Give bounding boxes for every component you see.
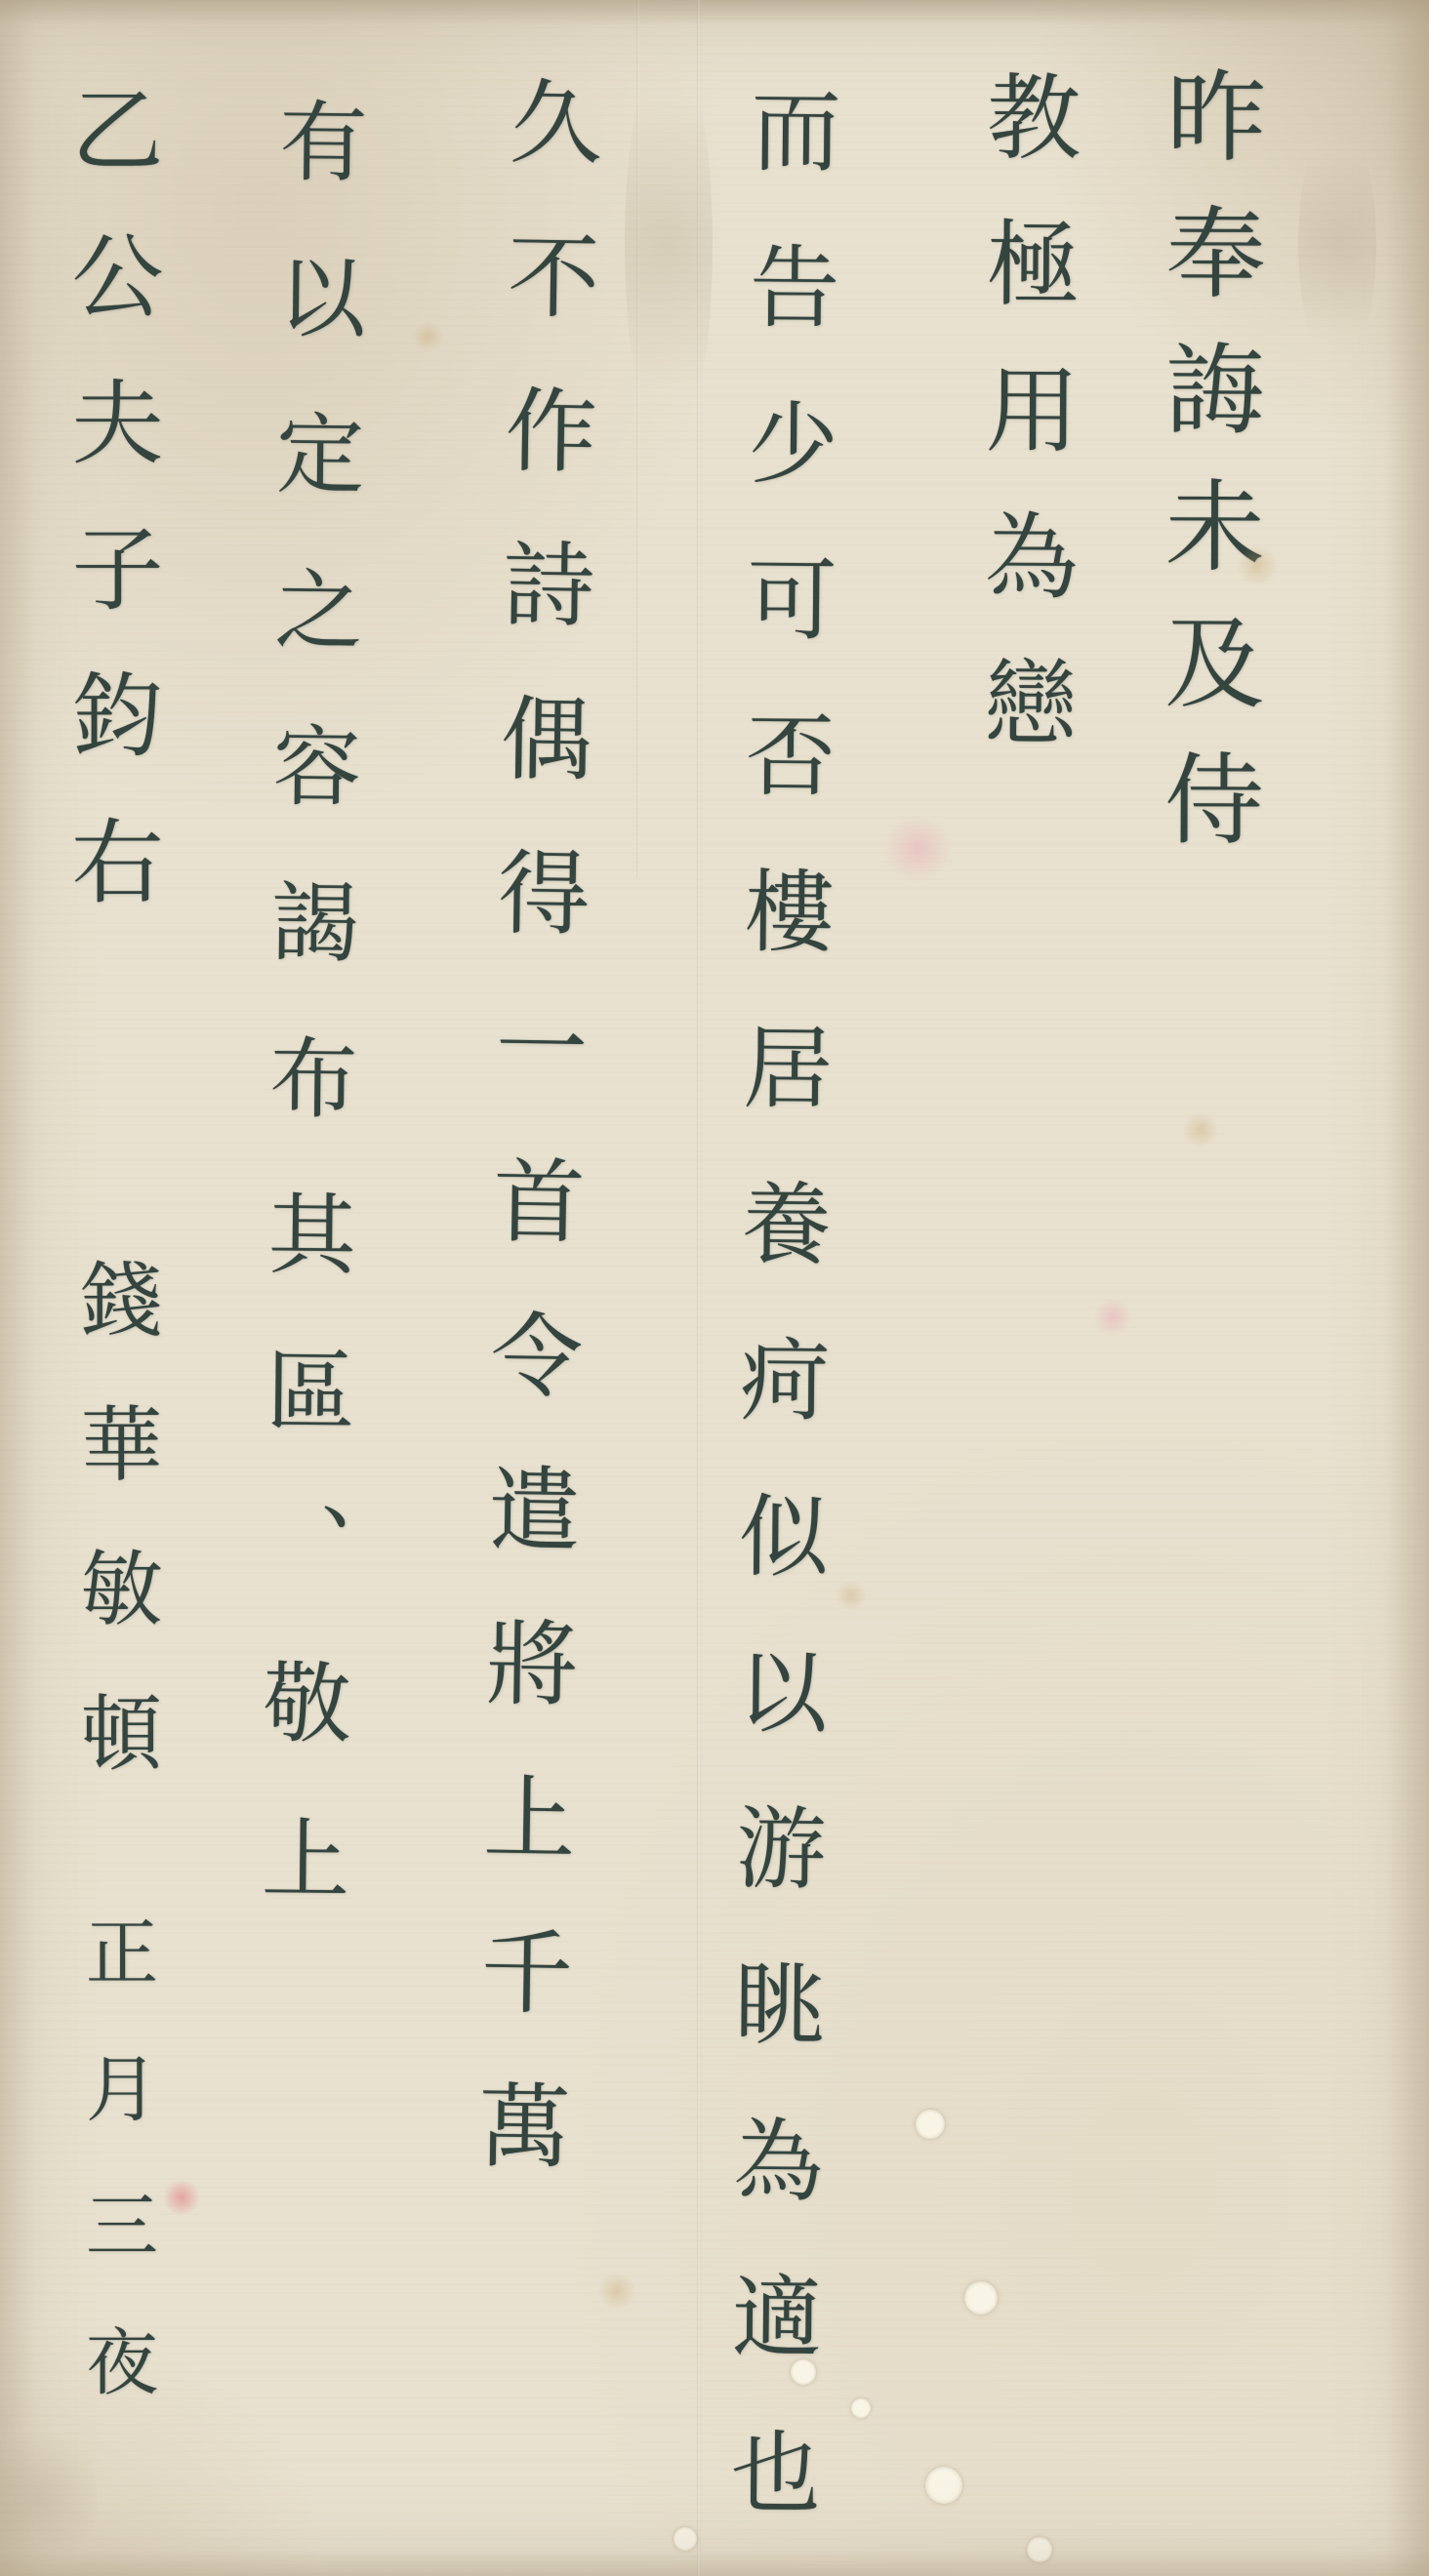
text-column-2: 教極用為戀 — [957, 68, 1094, 801]
letter-scan: 昨奉誨未及侍 教極用為戀 而告少可否樓居養疴似以游眺為適也 久不作詩偶得一首令遣… — [0, 0, 1429, 2576]
fold-crease — [697, 0, 701, 2576]
text-column-5: 有以定之容謁布其區、敬上 — [232, 95, 379, 1969]
text-column-1: 昨奉誨未及侍 — [1134, 64, 1280, 885]
date-column: 正月三夜 — [64, 1914, 168, 2461]
fold-crease-upper — [636, 0, 639, 878]
text-column-3: 而告少可否樓居養疴似以游眺為適也 — [703, 83, 853, 2576]
signature-column: 錢華敏頓 — [57, 1257, 175, 1834]
salutation-column: 乙公夫子鈞右 — [43, 82, 175, 960]
